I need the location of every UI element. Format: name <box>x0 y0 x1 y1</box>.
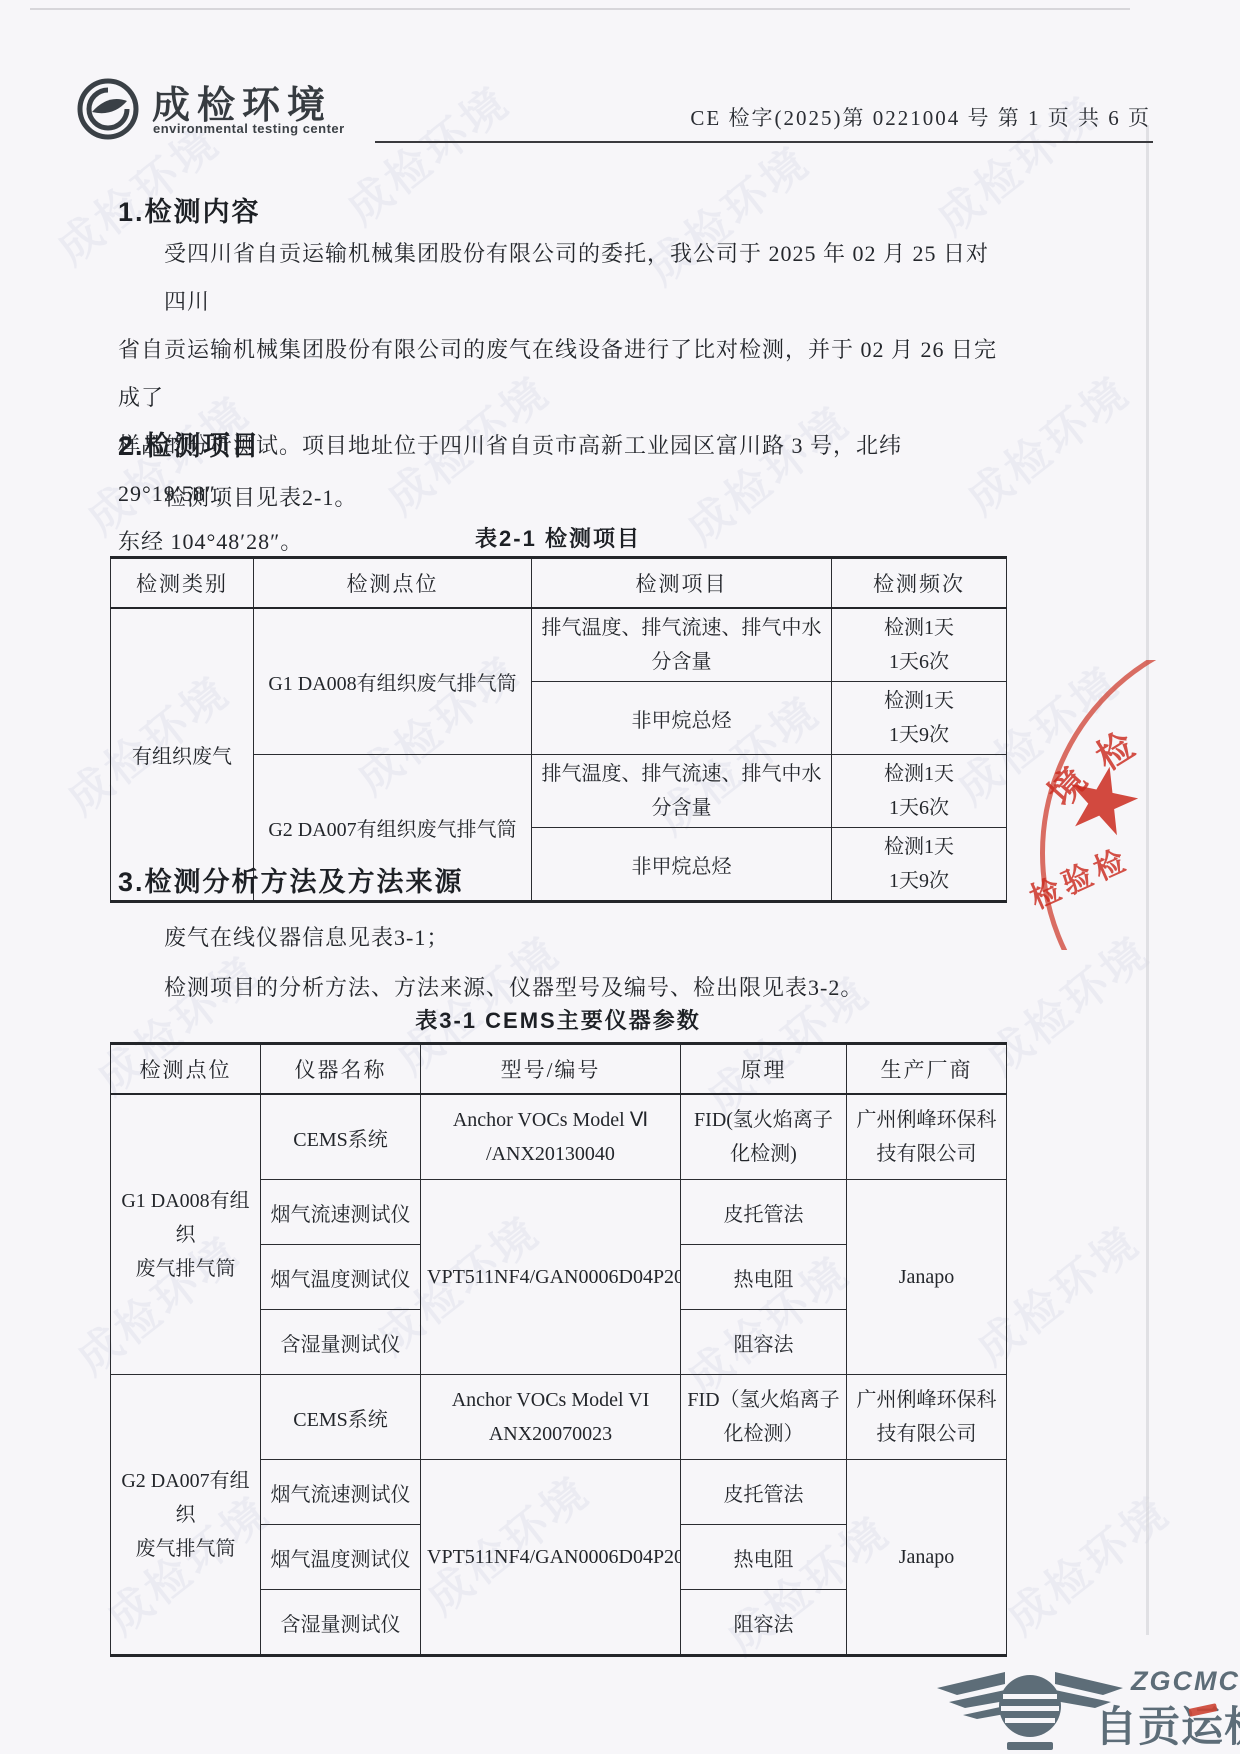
red-seal-stamp: ★ 境 检 检验检 <box>1020 660 1240 950</box>
header-cell: 检测频次 <box>832 558 1007 609</box>
cell-model: VPT511NF4/GAN0006D04P2001 <box>421 1180 681 1375</box>
stamp-arc-text: 检 <box>1085 718 1143 780</box>
table-row: 有组织废气 G1 DA008有组织废气排气筒 排气温度、排气流速、排气中水 分含… <box>111 608 1007 682</box>
cell-line: FID（氢火焰离子 <box>687 1383 840 1417</box>
cell-line: G1 DA008有组织 <box>117 1184 254 1252</box>
test-items-table: 检测类别 检测点位 检测项目 检测频次 有组织废气 G1 DA008有组织废气排… <box>110 556 1007 903</box>
cell-line: 分含量 <box>538 645 825 679</box>
stamp-circle <box>1040 660 1240 950</box>
cell-item: 排气温度、排气流速、排气中水 分含量 <box>532 755 832 828</box>
cell-line: Anchor VOCs Model Ⅵ <box>427 1103 674 1137</box>
cell-line: 化检测） <box>687 1417 840 1451</box>
header-cell: 原理 <box>681 1044 847 1095</box>
paragraph-line: 省自贡运输机械集团股份有限公司的废气在线设备进行了比对检测，并于 02 月 26… <box>118 326 1010 422</box>
scanned-report-page: 成检环境成检环境成检环境成检环境成检环境成检环境成检环境成检环境成检环境成检环境… <box>0 0 1240 1754</box>
section-3-paragraph-1: 废气在线仪器信息见表3-1； <box>118 914 1056 962</box>
section-2-title: 2.检测项目 <box>118 424 261 463</box>
stamp-bottom-text: 检验检 <box>1022 835 1136 918</box>
cell-line: FID(氢火焰离子 <box>687 1103 840 1137</box>
cell-line: /ANX20130040 <box>427 1137 674 1171</box>
header-cell: 检测项目 <box>532 558 832 609</box>
cell-instrument: 烟气温度测试仪 <box>261 1525 421 1590</box>
watermark-text: 成检环境 <box>331 68 522 237</box>
table-header-row: 检测类别 检测点位 检测项目 检测频次 <box>111 558 1007 609</box>
company-logo-text-en: environmental testing center <box>153 121 345 136</box>
cell-line: 检测1天 <box>838 757 1000 791</box>
cell-line: 废气排气筒 <box>117 1532 254 1566</box>
table-3-1-caption: 表3-1 CEMS主要仪器参数 <box>110 1004 1006 1035</box>
cell-line: 排气温度、排气流速、排气中水 <box>538 757 825 791</box>
header-cell: 仪器名称 <box>261 1044 421 1095</box>
cell-maker: Janapo <box>847 1460 1007 1656</box>
company-logo-icon <box>75 76 141 142</box>
cell-instrument: 烟气流速测试仪 <box>261 1460 421 1525</box>
header-cell: 型号/编号 <box>421 1044 681 1095</box>
cems-params-table: 检测点位 仪器名称 型号/编号 原理 生产厂商 G1 DA008有组织 废气排气… <box>110 1042 1007 1657</box>
cell-principle: 阻容法 <box>681 1590 847 1656</box>
header-cell: 检测类别 <box>111 558 254 609</box>
cell-line: 广州俐峰环保科 <box>853 1103 1000 1137</box>
cell-line: G2 DA007有组织 <box>117 1464 254 1532</box>
cell-maker: 广州俐峰环保科 技有限公司 <box>847 1094 1007 1180</box>
cell-principle: FID(氢火焰离子 化检测) <box>681 1094 847 1180</box>
table-2-1-caption: 表2-1 检测项目 <box>110 522 1006 553</box>
cell-line: 1天6次 <box>838 791 1000 825</box>
cell-category: 有组织废气 <box>111 608 254 902</box>
header-rule <box>375 141 1153 143</box>
cell-line: 技有限公司 <box>853 1417 1000 1451</box>
stamp-star-icon: ★ <box>1054 749 1152 854</box>
cell-line: Anchor VOCs Model VI <box>427 1383 674 1417</box>
cell-instrument: CEMS系统 <box>261 1375 421 1460</box>
cell-frequency: 检测1天 1天9次 <box>832 682 1007 755</box>
cell-instrument: CEMS系统 <box>261 1094 421 1180</box>
cell-maker: 广州俐峰环保科 技有限公司 <box>847 1375 1007 1460</box>
cell-item: 排气温度、排气流速、排气中水 分含量 <box>532 608 832 682</box>
section-1-title: 1.检测内容 <box>118 190 261 229</box>
zgcmc-abbr-text: ZGCMC <box>1131 1666 1240 1697</box>
cell-line: 检测1天 <box>838 830 1000 864</box>
cell-frequency: 检测1天 1天9次 <box>832 828 1007 902</box>
cell-principle: 热电阻 <box>681 1525 847 1590</box>
cell-line: 1天6次 <box>838 645 1000 679</box>
cell-line: 废气排气筒 <box>117 1252 254 1286</box>
cell-line: 检测1天 <box>838 684 1000 718</box>
cell-instrument: 烟气流速测试仪 <box>261 1180 421 1245</box>
document-number: CE 检字(2025)第 0221004 号 第 1 页 共 6 页 <box>375 102 1151 132</box>
cell-model: Anchor VOCs Model Ⅵ /ANX20130040 <box>421 1094 681 1180</box>
cell-principle: 皮托管法 <box>681 1460 847 1525</box>
cell-line: 1天9次 <box>838 864 1000 898</box>
cell-line: 技有限公司 <box>853 1137 1000 1171</box>
header-cell: 检测点位 <box>111 1044 261 1095</box>
cell-line: 广州俐峰环保科 <box>853 1383 1000 1417</box>
cell-principle: 热电阻 <box>681 1245 847 1310</box>
cell-line: 1天9次 <box>838 718 1000 752</box>
cell-instrument: 烟气温度测试仪 <box>261 1245 421 1310</box>
cell-principle: 皮托管法 <box>681 1180 847 1245</box>
table-header-row: 检测点位 仪器名称 型号/编号 原理 生产厂商 <box>111 1044 1007 1095</box>
cell-point: G2 DA007有组织 废气排气筒 <box>111 1375 261 1656</box>
cell-principle: FID（氢火焰离子 化检测） <box>681 1375 847 1460</box>
zgcmc-logo: ZGCMC 自贡运机 <box>935 1650 1240 1754</box>
cell-model: Anchor VOCs Model VI ANX20070023 <box>421 1375 681 1460</box>
cell-point: G1 DA008有组织废气排气筒 <box>254 608 532 755</box>
zgcmc-cn-text: 自贡运机 <box>1095 1694 1240 1754</box>
cell-item: 非甲烷总烃 <box>532 828 832 902</box>
cell-maker: Janapo <box>847 1180 1007 1375</box>
scan-edge-line <box>30 8 1130 10</box>
cell-model: VPT511NF4/GAN0006D04P2002 <box>421 1460 681 1656</box>
cell-item: 非甲烷总烃 <box>532 682 832 755</box>
header-cell: 检测点位 <box>254 558 532 609</box>
cell-line: 检测1天 <box>838 611 1000 645</box>
header-cell: 生产厂商 <box>847 1044 1007 1095</box>
section-2-intro: 检测项目见表2-1。 <box>118 474 1056 522</box>
cell-frequency: 检测1天 1天6次 <box>832 608 1007 682</box>
cell-line: 化检测) <box>687 1137 840 1171</box>
watermark-text: 成检环境 <box>991 1478 1182 1647</box>
cell-frequency: 检测1天 1天6次 <box>832 755 1007 828</box>
section-3-title: 3.检测分析方法及方法来源 <box>118 860 464 899</box>
cell-line: ANX20070023 <box>427 1417 674 1451</box>
cell-line: 分含量 <box>538 791 825 825</box>
table-row: G2 DA007有组织 废气排气筒 CEMS系统 Anchor VOCs Mod… <box>111 1375 1007 1460</box>
cell-point: G1 DA008有组织 废气排气筒 <box>111 1094 261 1375</box>
table-row: G1 DA008有组织 废气排气筒 CEMS系统 Anchor VOCs Mod… <box>111 1094 1007 1180</box>
cell-instrument: 含湿量测试仪 <box>261 1310 421 1375</box>
cell-line: 排气温度、排气流速、排气中水 <box>538 611 825 645</box>
paragraph-line: 受四川省自贡运输机械集团股份有限公司的委托，我公司于 2025 年 02 月 2… <box>118 230 1010 326</box>
scan-edge-strip <box>1146 125 1149 1635</box>
cell-principle: 阻容法 <box>681 1310 847 1375</box>
stamp-arc-text: 境 <box>1035 755 1097 816</box>
cell-instrument: 含湿量测试仪 <box>261 1590 421 1656</box>
